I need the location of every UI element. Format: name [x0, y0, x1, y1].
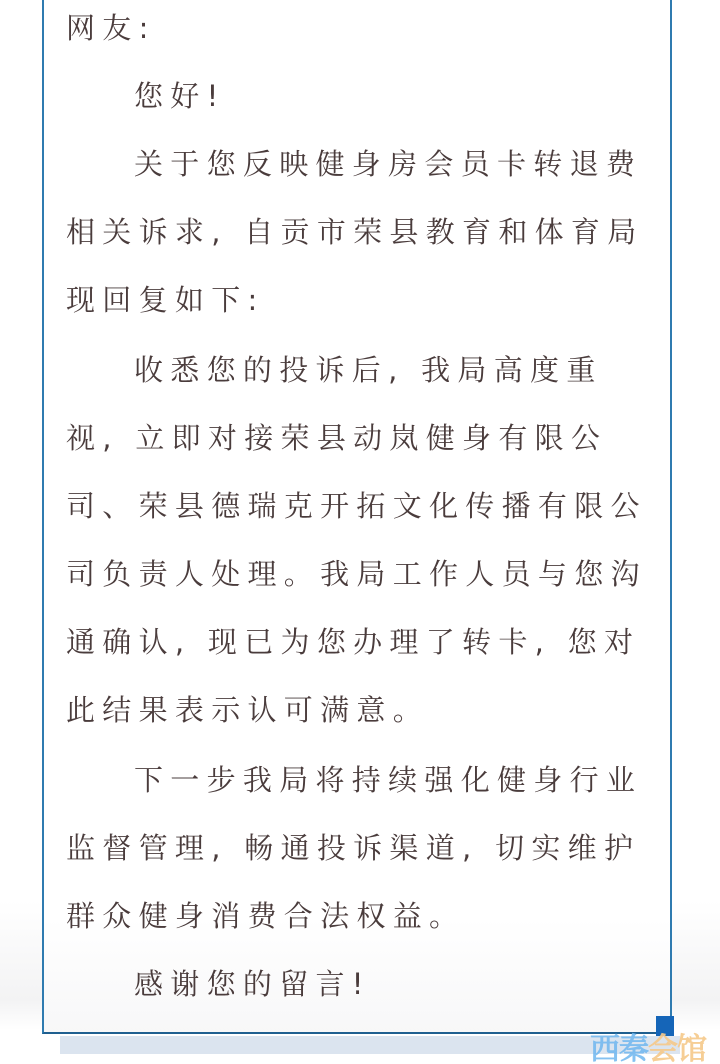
paragraph-line: 关于您反映健身房会员卡转退费	[134, 144, 642, 184]
paragraph-line: 收悉您的投诉后, 我局高度重	[134, 350, 603, 390]
paragraph-line: 此结果表示认可满意。	[66, 690, 429, 730]
watermark-part2: 会馆	[648, 1032, 706, 1064]
paragraph-line: 视, 立即对接荣县动岚健身有限公	[66, 418, 607, 458]
paragraph-line: 相关诉求, 自贡市荣县教育和体育局	[66, 212, 644, 252]
box-shadow-strip	[60, 1036, 680, 1054]
paragraph-line: 司、荣县德瑞克开拓文化传播有限公	[66, 486, 647, 526]
paragraph-line: 司负责人处理。我局工作人员与您沟	[66, 554, 647, 594]
paragraph-line: 下一步我局将持续强化健身行业	[134, 760, 642, 800]
greeting: 您好!	[134, 76, 226, 116]
watermark-part1: 西秦	[590, 1032, 648, 1064]
salutation: 网友:	[66, 8, 156, 48]
paragraph-line: 监督管理, 畅通投诉渠道, 切实维护	[66, 828, 640, 868]
paragraph-line: 通确认, 现已为您办理了转卡, 您对	[66, 622, 640, 662]
paragraph-line: 现回复如下:	[66, 280, 265, 320]
watermark-logo: 西秦会馆	[590, 1024, 706, 1064]
closing: 感谢您的留言!	[134, 964, 371, 1004]
paragraph-line: 群众健身消费合法权益。	[66, 896, 465, 936]
